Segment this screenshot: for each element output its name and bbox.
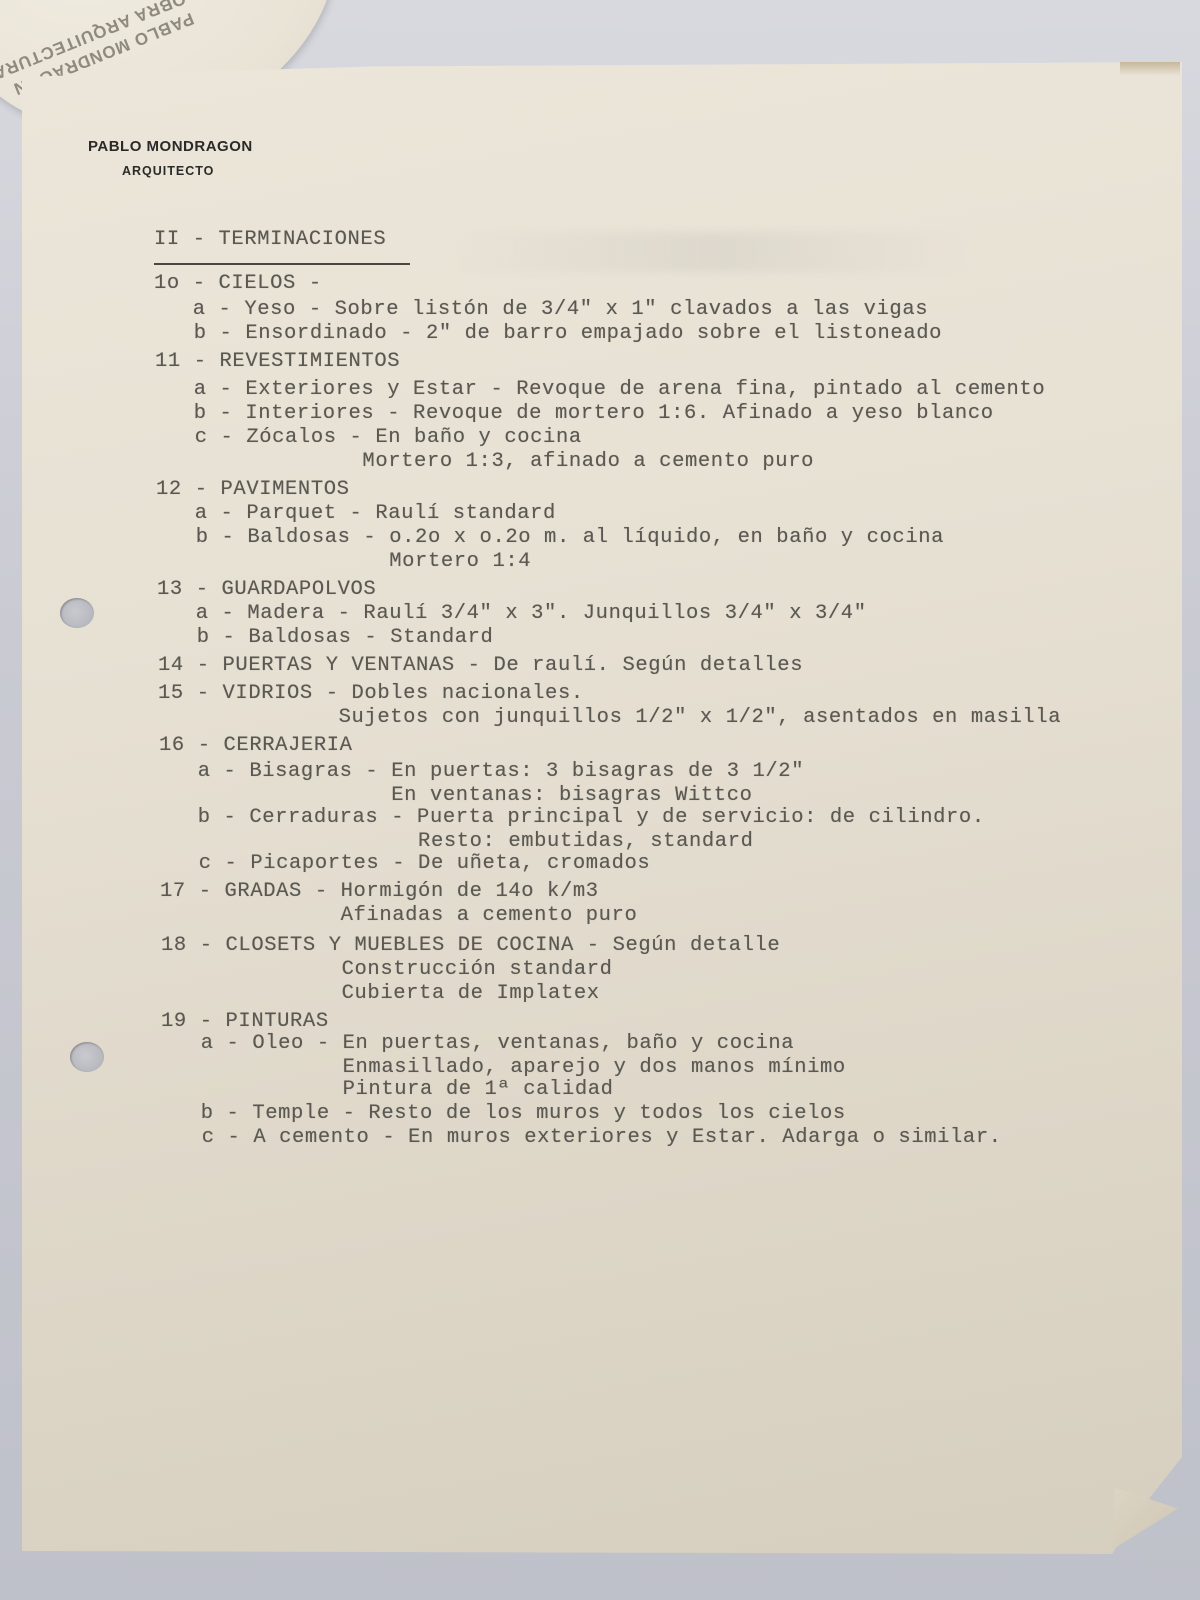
spec-line: 16 - CERRAJERIA <box>159 734 353 757</box>
spec-line: Afinadas a cemento puro <box>160 904 637 927</box>
spec-line: Pintura de 1ª calidad <box>162 1078 614 1101</box>
spec-line: Construcción standard <box>161 958 613 981</box>
spec-line: 12 - PAVIMENTOS <box>156 478 350 501</box>
spec-line: a - Parquet - Raulí standard <box>156 502 556 525</box>
spec-line: 19 - PINTURAS <box>161 1010 329 1033</box>
spec-line: 11 - REVESTIMIENTOS <box>155 350 400 373</box>
spec-line: a - Bisagras - En puertas: 3 bisagras de… <box>159 760 804 783</box>
spec-line: c - A cemento - En muros exteriores y Es… <box>163 1126 1002 1149</box>
spec-line: Enmasillado, aparejo y dos manos mínimo <box>162 1056 846 1079</box>
spec-line: b - Baldosas - o.2o x o.2o m. al líquido… <box>157 526 944 549</box>
spec-line: b - Cerraduras - Puerta principal y de s… <box>159 806 985 829</box>
spec-line: 17 - GRADAS - Hormigón de 14o k/m3 <box>160 880 599 903</box>
spec-line: 1o - CIELOS - <box>154 272 322 295</box>
spec-line: b - Temple - Resto de los muros y todos … <box>162 1102 846 1125</box>
punch-hole <box>60 598 94 628</box>
spec-line: 15 - VIDRIOS - Dobles nacionales. <box>158 682 584 705</box>
spec-line: Resto: embutidas, standard <box>160 830 754 853</box>
punch-hole <box>70 1042 104 1072</box>
spec-line: b - Ensordinado - 2" de barro empajado s… <box>155 322 942 345</box>
section-heading: II - TERMINACIONES <box>154 228 386 251</box>
spec-line: a - Madera - Raulí 3/4" x 3". Junquillos… <box>157 602 867 625</box>
spec-line: a - Oleo - En puertas, ventanas, baño y … <box>162 1032 794 1055</box>
spec-line: c - Picaportes - De uñeta, cromados <box>160 852 650 875</box>
bleed-through-text <box>450 232 970 272</box>
page-edge-stain <box>1120 62 1180 76</box>
spec-line: c - Zócalos - En baño y cocina <box>156 426 582 449</box>
spec-line: 13 - GUARDAPOLVOS <box>157 578 376 601</box>
spec-line: Mortero 1:4 <box>157 550 531 573</box>
spec-line: b - Interiores - Revoque de mortero 1:6.… <box>155 402 994 425</box>
heading-underline <box>154 263 410 265</box>
spec-line: 18 - CLOSETS Y MUEBLES DE COCINA - Según… <box>161 934 780 957</box>
spec-line: b - Baldosas - Standard <box>158 626 493 649</box>
letterhead-name: PABLO MONDRAGON <box>88 138 253 155</box>
spec-line: Mortero 1:3, afinado a cemento puro <box>156 450 814 473</box>
letterhead-title: ARQUITECTO <box>122 164 214 178</box>
spec-line: Sujetos con junquillos 1/2" x 1/2", asen… <box>158 706 1061 729</box>
spec-line: En ventanas: bisagras Wittco <box>159 784 753 807</box>
spec-line: 14 - PUERTAS Y VENTANAS - De raulí. Segú… <box>158 654 803 677</box>
spec-line: a - Yeso - Sobre listón de 3/4" x 1" cla… <box>154 298 928 321</box>
spec-line: a - Exteriores y Estar - Revoque de aren… <box>155 378 1045 401</box>
spec-line: Cubierta de Implatex <box>161 982 600 1005</box>
